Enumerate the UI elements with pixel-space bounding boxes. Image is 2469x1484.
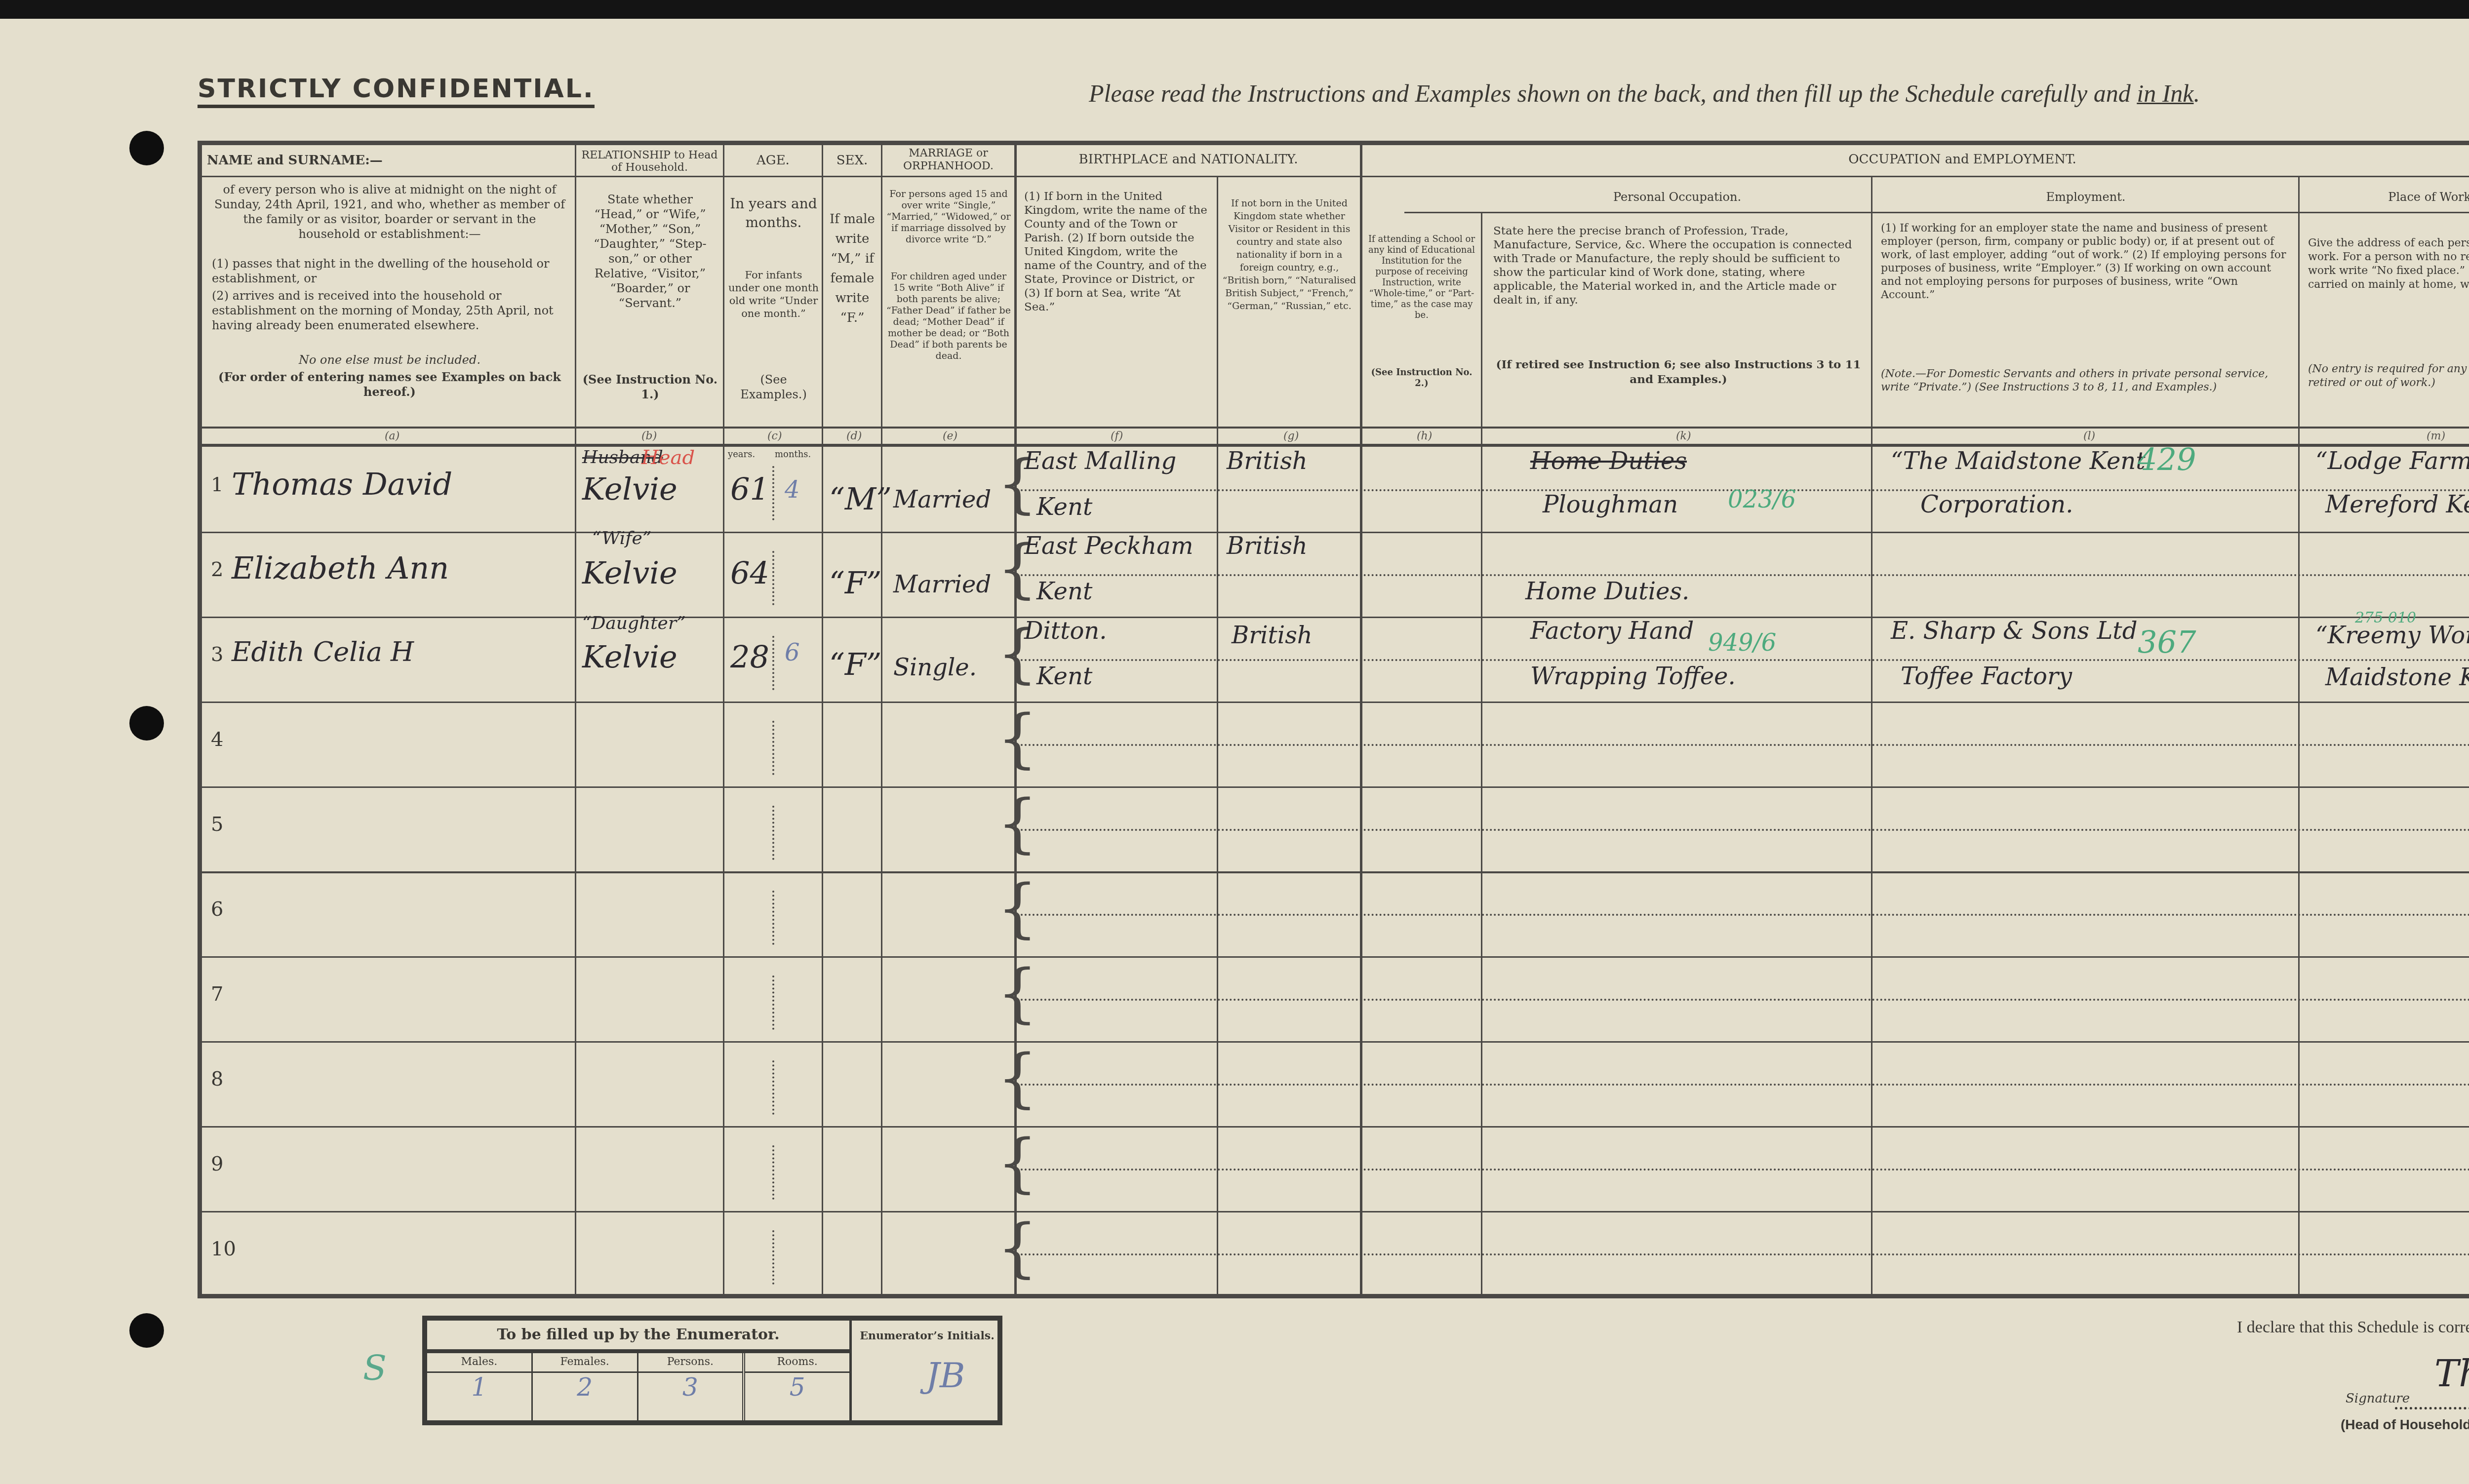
initials-label: Enumerator’s Initials. [857, 1329, 997, 1342]
employment-note: (Note.—For Domestic Servants and others … [1881, 367, 2291, 394]
persons-field[interactable]: 3 [638, 1373, 743, 1402]
sex-field[interactable]: “M” [829, 481, 892, 517]
column-letter: (e) [943, 430, 957, 442]
brace-icon: { [997, 1046, 1038, 1110]
personal-occupation-body: State here the precise branch of Profess… [1493, 224, 1864, 307]
place-of-work-field-2[interactable]: Maidstone Kent. [2325, 664, 2469, 691]
brace-icon: { [997, 791, 1038, 855]
half-row-divider [1017, 999, 2469, 1001]
row-number: 7 [211, 983, 223, 1006]
occupation-column-title: OCCUPATION and EMPLOYMENT. [1362, 152, 2469, 167]
birthplace-county-field[interactable]: Kent [1036, 493, 1092, 521]
age-separator [772, 1060, 774, 1115]
occupation-field[interactable]: Factory Hand [1530, 617, 1694, 645]
brace-icon: { [997, 1131, 1038, 1195]
divider [575, 145, 576, 1294]
divider [822, 145, 823, 1294]
column-letter: (l) [2083, 430, 2095, 442]
census-schedule-page: STRICTLY CONFIDENTIAL. Please read the I… [0, 0, 2469, 1484]
marriage-column-title: MARRIAGE or ORPHANHOOD. [882, 147, 1014, 173]
marriage-field[interactable]: Married [893, 486, 991, 513]
column-letter: (f) [1111, 430, 1123, 442]
name-column-body: of every person who is alive at midnight… [212, 182, 567, 241]
marriage-column-children: For children aged under 15 write “Both A… [885, 271, 1012, 362]
column-letter: (b) [641, 430, 657, 442]
half-row-divider [1017, 914, 2469, 916]
nationality-column-body: If not born in the United Kingdom state … [1220, 197, 1358, 312]
column-letter: (m) [2427, 430, 2445, 442]
punch-hole-icon [129, 1313, 164, 1348]
birthplace-field[interactable]: Ditton. [1024, 617, 1107, 645]
occupation-field-2[interactable]: Wrapping Toffee. [1530, 663, 1736, 690]
age-separator [772, 1230, 774, 1285]
divider [881, 145, 882, 1294]
marriage-field[interactable]: Single. [893, 654, 977, 681]
column-letter: (c) [767, 430, 782, 442]
age-months-label: months. [775, 447, 811, 462]
birthplace-field[interactable]: East Malling [1024, 447, 1176, 475]
enumerator-summary-box: To be filled up by the Enumerator. Enume… [422, 1316, 1002, 1425]
employment-title: Employment. [1873, 190, 2298, 205]
age-separator [772, 891, 774, 945]
rooms-label: Rooms. [745, 1353, 849, 1373]
fill-instruction: Please read the Instructions and Example… [1089, 79, 2200, 108]
divider [1481, 212, 1482, 1294]
punch-hole-icon [129, 131, 164, 165]
initials-field[interactable]: JB [926, 1355, 965, 1396]
relationship-column-title: RELATIONSHIP to Head of Household. [576, 149, 723, 174]
occupation-code: 023/6 [1728, 486, 1796, 513]
relationship-field[interactable]: Kelvie [582, 555, 677, 591]
row-divider [202, 532, 2469, 533]
age-separator [772, 636, 774, 690]
sex-column-body: If male write “M,” if female write “F.” [825, 209, 879, 328]
persons-label: Persons. [638, 1353, 743, 1373]
half-row-divider [1017, 829, 2469, 831]
census-table: NAME and SURNAME:— of every person who i… [198, 141, 2469, 1298]
declaration-block: I declare that this Schedule is correctl… [2237, 1318, 2469, 1337]
age-separator [772, 551, 774, 605]
column-letter: (g) [1283, 430, 1299, 442]
confidential-heading: STRICTLY CONFIDENTIAL. [198, 74, 595, 108]
row-divider [202, 871, 2469, 873]
enumerator-summary-title: To be filled up by the Enumerator. [427, 1321, 849, 1353]
name-column-rule-2: (2) arrives and is received into the hou… [212, 288, 567, 333]
name-column-rule-1: (1) passes that night in the dwelling of… [212, 256, 567, 286]
age-years-field[interactable]: 64 [730, 555, 769, 591]
employer-code: 367 [2138, 624, 2196, 660]
age-column-examples: (See Examples.) [728, 372, 819, 402]
age-separator [772, 806, 774, 860]
relationship-field[interactable]: Kelvie [582, 471, 677, 507]
birthplace-field[interactable]: East Peckham [1024, 532, 1193, 560]
employer-field-2[interactable]: Toffee Factory [1901, 663, 2072, 690]
birthplace-column-title: BIRTHPLACE and NATIONALITY. [1017, 152, 1360, 167]
birthplace-county-field[interactable]: Kent [1036, 663, 1092, 690]
personal-occupation-note: (If retired see Instruction 6; see also … [1493, 357, 1864, 387]
females-cell: Females. 2 [533, 1353, 638, 1420]
occupation-code: 949/6 [1708, 629, 1776, 657]
person-name-field[interactable]: Thomas David [232, 466, 452, 502]
margin-mark: S [363, 1348, 387, 1388]
relationship-column-body: State whether “Head,” or “Wife,” “Mother… [582, 192, 718, 311]
sex-column-title: SEX. [823, 153, 881, 168]
row-number: 9 [211, 1153, 223, 1175]
scan-edge [0, 0, 2469, 19]
enumerator-counts: Males. 1 Females. 2 Persons. 3 Rooms. 5 [427, 1353, 849, 1420]
row-number: 10 [211, 1238, 236, 1260]
divider [723, 145, 724, 1294]
column-letter: (a) [385, 430, 399, 442]
nationality-field[interactable]: British [1232, 622, 1313, 649]
age-years-field[interactable]: 61 [730, 471, 769, 507]
males-field[interactable]: 1 [427, 1373, 531, 1402]
person-name-field[interactable]: Edith Celia H [232, 636, 414, 667]
place-of-work-field[interactable]: “Kreemy Works. [2315, 622, 2469, 649]
age-column-body: In years and months. [728, 195, 819, 232]
place-of-work-body: Give the address of each person’s place … [2308, 236, 2469, 292]
employer-field-2[interactable]: Corporation. [1920, 491, 2073, 518]
divider [849, 1321, 852, 1420]
school-column-note: (See Instruction No. 2.) [1363, 367, 1480, 389]
marriage-column-body: For persons aged 15 and over write “Sing… [885, 189, 1012, 245]
name-column-order: (For order of entering names see Example… [212, 370, 567, 399]
divider [1404, 212, 2469, 213]
row-divider [202, 702, 2469, 703]
row-number: 5 [211, 813, 223, 836]
instruction-end: . [2194, 79, 2200, 107]
row-divider [202, 956, 2469, 958]
place-of-work-field-2[interactable]: Mereford Kent. [2325, 491, 2469, 518]
males-cell: Males. 1 [427, 1353, 533, 1420]
row-number: 6 [211, 898, 223, 921]
row-divider [202, 1126, 2469, 1128]
place-of-work-title: Place of Work. [2301, 190, 2469, 205]
sex-field[interactable]: “F” [829, 646, 881, 682]
row-number: 8 [211, 1068, 223, 1091]
males-label: Males. [427, 1353, 531, 1373]
occupation-field[interactable]: Home Duties. [1525, 578, 1689, 605]
persons-cell: Persons. 3 [638, 1353, 746, 1420]
rooms-field[interactable]: 5 [745, 1373, 849, 1402]
employer-field[interactable]: E. Sharp & Sons Ltd [1891, 617, 2137, 645]
occupation-struck: Home Duties [1530, 447, 1687, 475]
nationality-field[interactable]: British [1227, 532, 1308, 560]
employment-body: (1) If working for an employer state the… [1881, 222, 2291, 302]
place-of-work-field[interactable]: “Lodge Farm [2315, 447, 2469, 475]
name-column-title: NAME and SURNAME:— [207, 153, 404, 168]
age-separator [772, 1145, 774, 1200]
column-letter: (d) [846, 430, 862, 442]
brace-icon: { [997, 876, 1038, 940]
column-letter: (k) [1676, 430, 1691, 442]
relationship-field[interactable]: Kelvie [582, 639, 677, 675]
row-divider [202, 786, 2469, 788]
birthplace-column-body: (1) If born in the United Kingdom, write… [1024, 190, 1212, 314]
half-row-divider [1017, 1169, 2469, 1171]
females-field[interactable]: 2 [533, 1373, 637, 1402]
age-months-field[interactable]: 4 [785, 476, 800, 504]
divider [1360, 145, 1362, 1294]
age-separator [772, 721, 774, 775]
relationship-prefix: “Wife” [592, 528, 651, 548]
brace-icon: { [997, 961, 1038, 1025]
half-row-divider [1017, 659, 2469, 661]
employer-field[interactable]: “The Maidstone Kent [1891, 447, 2146, 475]
brace-icon: { [997, 706, 1038, 770]
marriage-field[interactable]: Married [893, 571, 991, 598]
age-years-label: years. [728, 447, 755, 462]
half-row-divider [1017, 574, 2469, 576]
females-label: Females. [533, 1353, 637, 1373]
nationality-field[interactable]: British [1227, 447, 1308, 475]
sex-field[interactable]: “F” [829, 565, 881, 601]
school-column-body: If attending a School or any kind of Edu… [1363, 234, 1480, 321]
age-separator [772, 466, 774, 520]
name-column-note: No one else must be included. [212, 352, 567, 367]
half-row-divider [1017, 744, 2469, 746]
relationship-prefix: “Daughter” [582, 613, 686, 633]
relationship-correction: Head [641, 446, 695, 469]
place-of-work-note: (No entry is required for any person who… [2308, 362, 2469, 390]
person-name-field[interactable]: Elizabeth Ann [232, 550, 449, 586]
punch-hole-icon [129, 706, 164, 741]
rooms-cell: Rooms. 5 [745, 1353, 849, 1420]
occupation-field[interactable]: Ploughman [1543, 491, 1678, 518]
instruction-underlined: in Ink [2137, 79, 2193, 107]
row-number: 3 [211, 643, 223, 666]
brace-icon: { [997, 1215, 1038, 1280]
relationship-column-note: (See Instruction No. 1.) [582, 372, 718, 402]
signature-field[interactable]: Thomas David Kelvie [2434, 1353, 2469, 1395]
employer-code: 429 [2138, 441, 2196, 477]
age-column-note: For infants under one month old write “U… [728, 269, 819, 320]
instruction-text: Please read the Instructions and Example… [1089, 79, 2137, 107]
age-months-field[interactable]: 6 [785, 639, 800, 666]
signature-label: Signature [2346, 1391, 2410, 1406]
divider [202, 176, 2469, 177]
row-number: 1 [211, 473, 223, 496]
divider [202, 444, 2469, 447]
age-years-field[interactable]: 28 [730, 639, 769, 675]
declaration-text: I declare that this Schedule is correctl… [2237, 1318, 2469, 1337]
age-column-title: AGE. [724, 153, 822, 168]
personal-occupation-title: Personal Occupation. [1483, 190, 1871, 205]
row-divider [202, 1211, 2469, 1212]
signature-role: (Head of Household, Manager of Establish… [2341, 1417, 2469, 1433]
age-separator [772, 976, 774, 1030]
row-divider [202, 1041, 2469, 1043]
half-row-divider [1017, 1253, 2469, 1255]
row-number: 2 [211, 558, 223, 581]
row-number: 4 [211, 728, 223, 751]
birthplace-county-field[interactable]: Kent [1036, 578, 1092, 605]
column-letter: (h) [1417, 430, 1432, 442]
half-row-divider [1017, 1084, 2469, 1086]
divider [202, 427, 2469, 429]
